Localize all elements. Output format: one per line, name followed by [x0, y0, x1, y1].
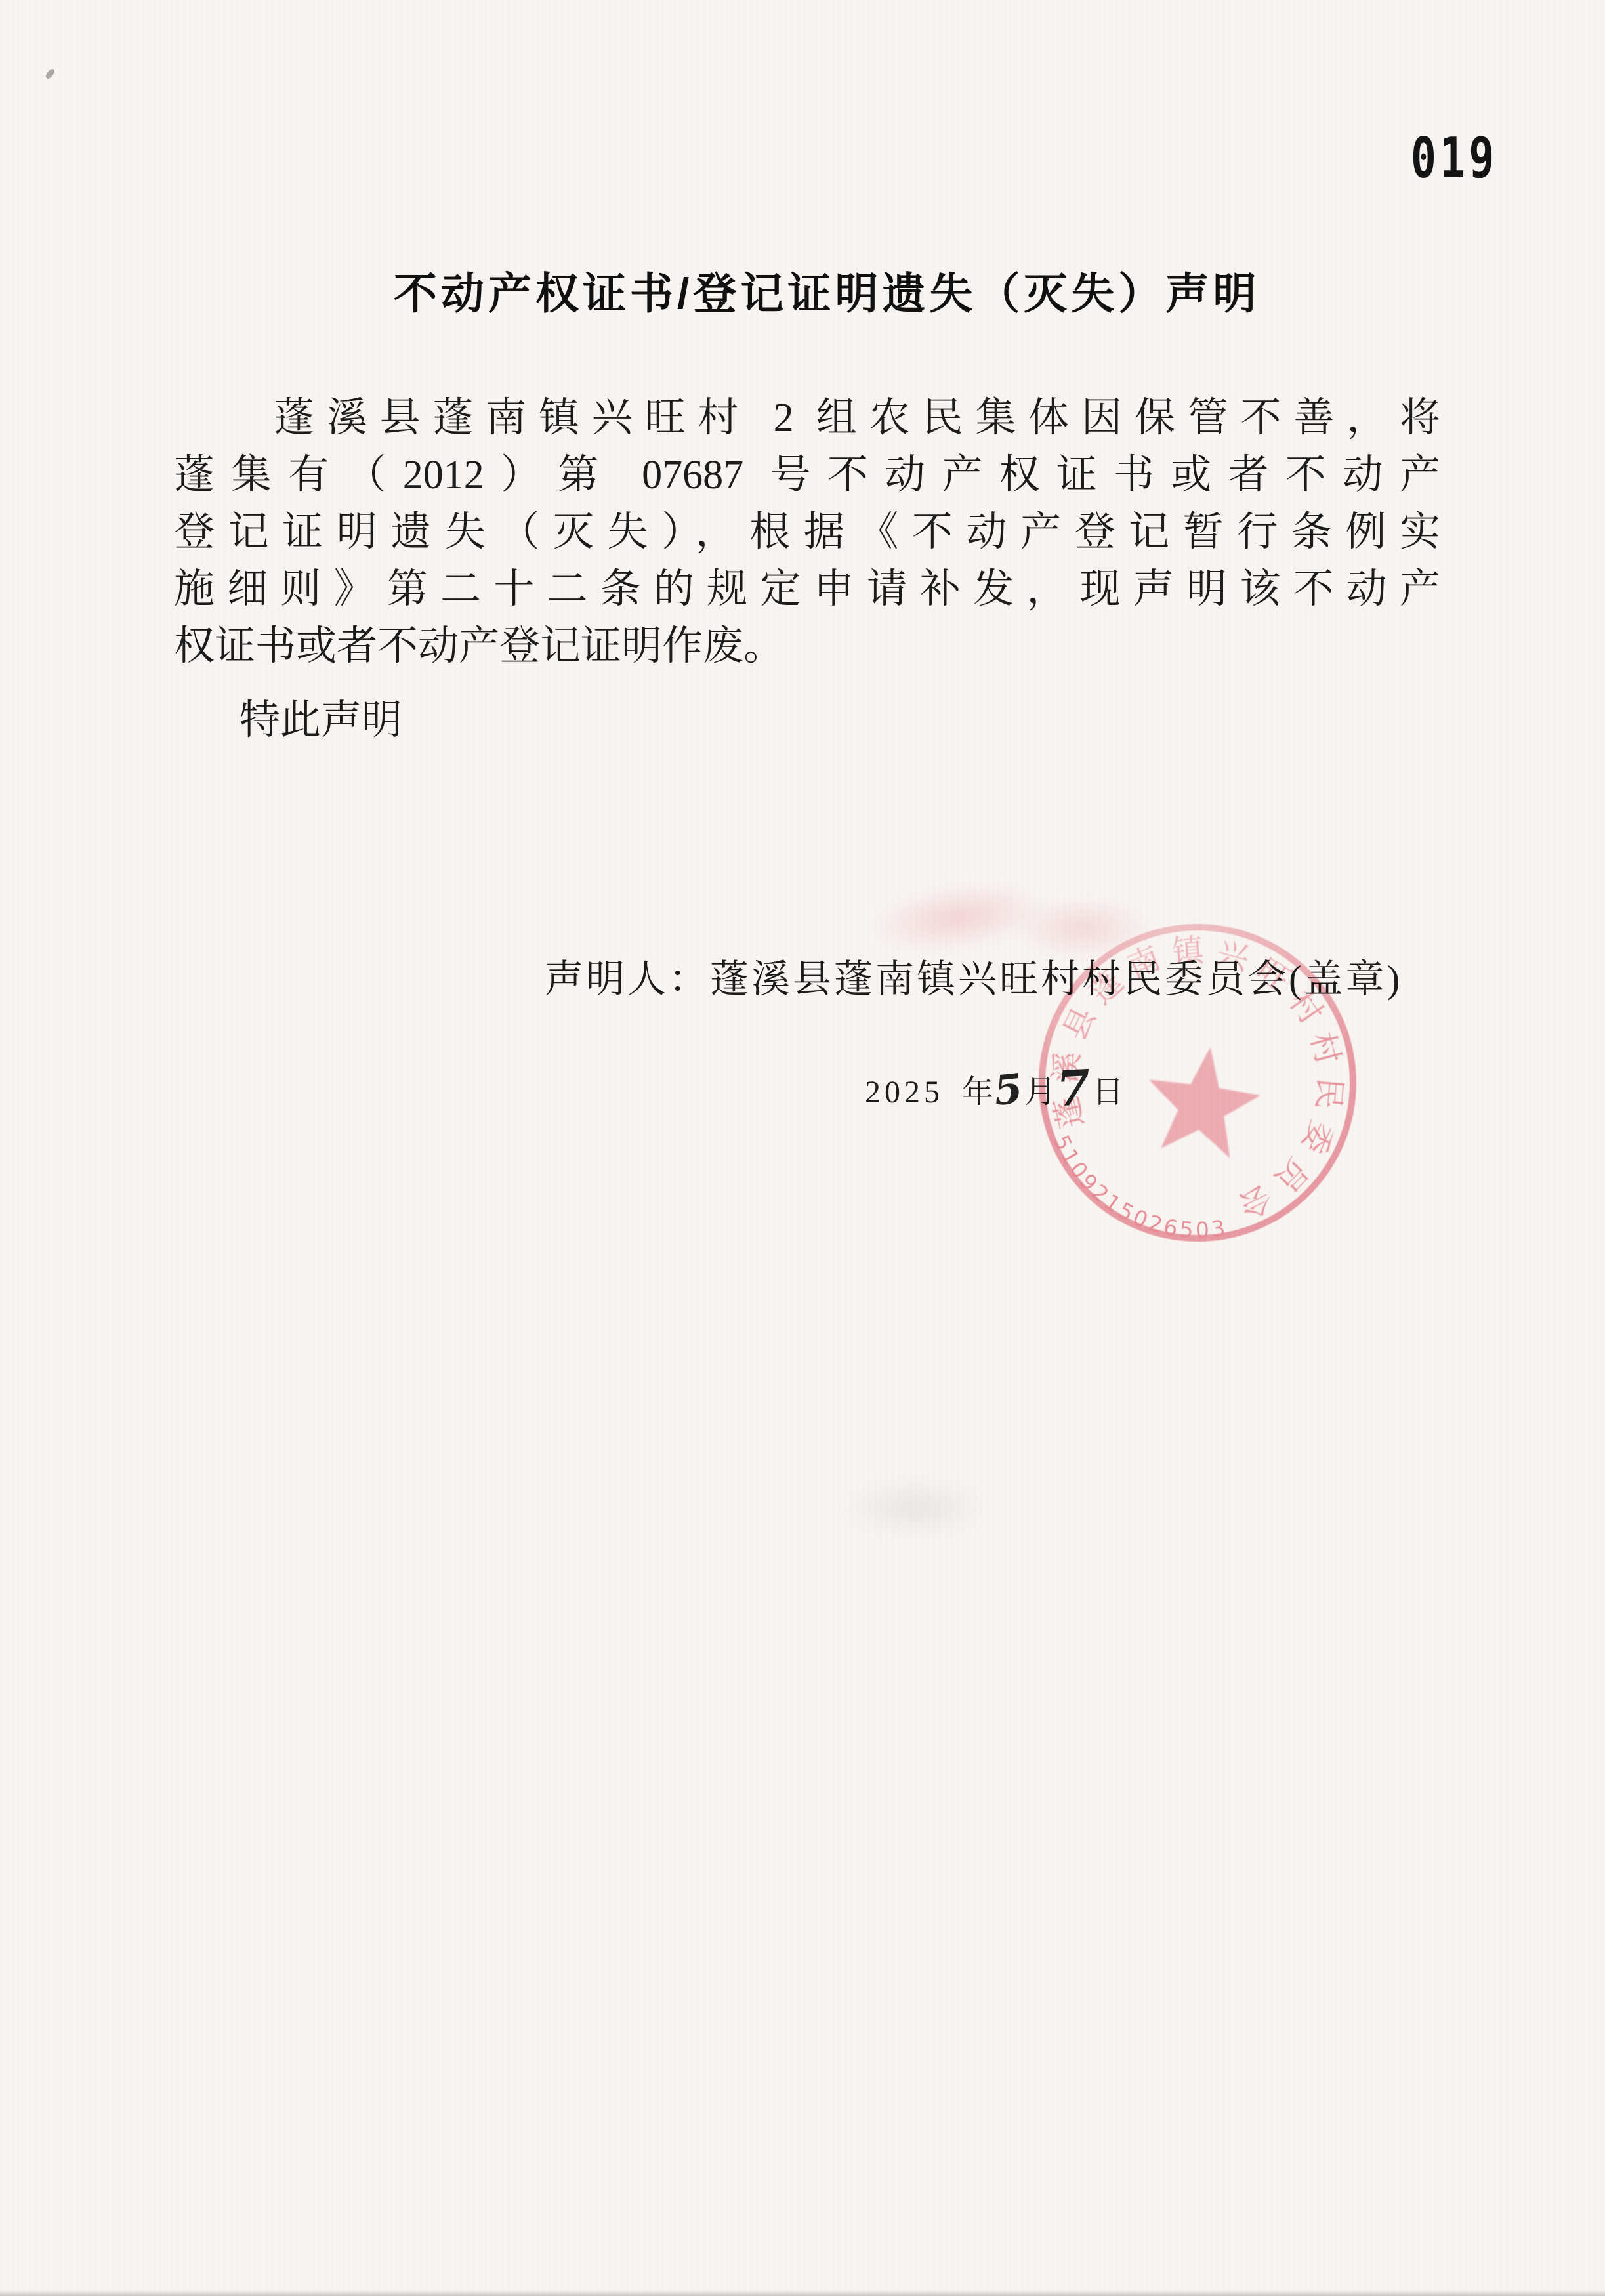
seal-star-icon: [1132, 1035, 1273, 1177]
date-month-handwritten: 5: [991, 1064, 1025, 1115]
closing-statement: 特此声明: [174, 692, 1440, 749]
page-number: 019: [1411, 126, 1498, 191]
page-title: 不动产权证书/登记证明遗失（灭失）声明: [394, 259, 1260, 321]
seal-code-digit: 3: [1205, 1215, 1232, 1242]
body-line: 权证书或者不动产登记证明作废。: [174, 618, 1440, 675]
seal-ring-char: 溪: [1047, 1047, 1087, 1087]
body-line: 施细则》第二十二条的规定申请补发，现声明该不动产: [174, 561, 1440, 618]
body-line: 蓬集有（2012）第 07687 号不动产权证书或者不动产: [174, 447, 1440, 504]
body-line: 蓬溪县蓬南镇兴旺村 2 组农民集体因保管不善，将: [174, 390, 1440, 447]
seal-ring-char: 民: [1308, 1074, 1348, 1113]
official-seal-stamp: 蓬溪县蓬南镇兴旺村村民委员会5109215026503: [1027, 912, 1368, 1253]
paper-speck: [45, 68, 56, 80]
declaration-body: 蓬溪县蓬南镇兴旺村 2 组农民集体因保管不善，将 蓬集有（2012）第 0768…: [174, 390, 1440, 749]
document-page: 019 不动产权证书/登记证明遗失（灭失）声明 蓬溪县蓬南镇兴旺村 2 组农民集…: [0, 0, 1605, 2296]
paper-smudge: [840, 1478, 991, 1538]
scan-edge-shadow: [0, 2290, 1605, 2296]
date-year: 2025: [865, 1075, 944, 1110]
seal-ring-char: 镇: [1169, 932, 1208, 972]
body-line: 登记证明遗失（灭失），根据《不动产登记暂行条例实: [174, 504, 1440, 561]
date-year-label: 年: [962, 1075, 993, 1110]
